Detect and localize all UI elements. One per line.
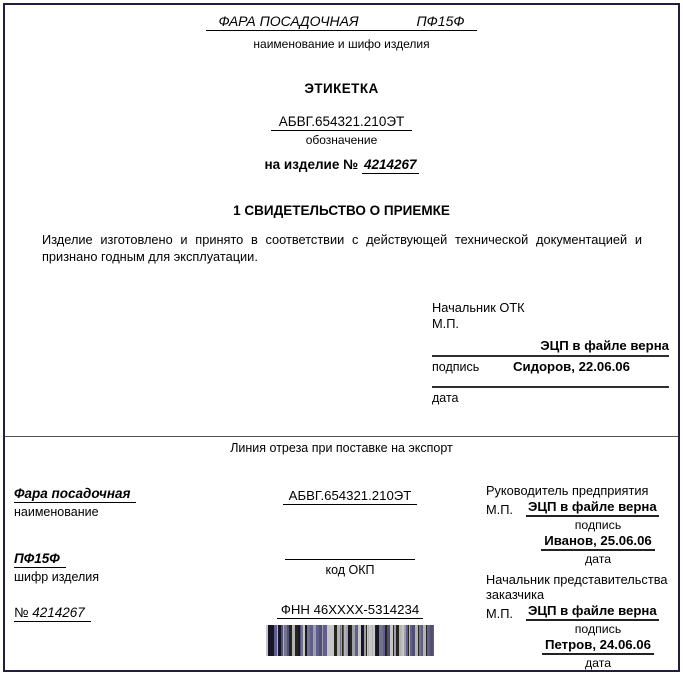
label-document: ФАРА ПОСАДОЧНАЯПФ15Ф наименование и шифо… <box>0 0 683 675</box>
approval-title: Руководитель предприятия <box>486 483 670 498</box>
product-number-value: 4214267 <box>362 157 419 174</box>
cut-line <box>5 436 678 437</box>
otk-signature-block: Начальник ОТК М.П. ЭЦП в файле верна под… <box>432 300 669 407</box>
product-name: ФАРА ПОСАДОЧНАЯ <box>218 13 358 29</box>
approval-esign: ЭЦП в файле верна <box>526 603 659 621</box>
approval-date-caption: дата <box>526 656 670 670</box>
approval-block-customer-rep: Начальник представительства заказчика М.… <box>486 572 670 670</box>
okp-caption: код ОКП <box>250 563 450 577</box>
stub-right-column: Руководитель предприятия М.П. ЭЦП в файл… <box>486 483 670 670</box>
header: ФАРА ПОСАДОЧНАЯПФ15Ф <box>0 13 683 31</box>
approval-esign: ЭЦП в файле верна <box>526 499 659 517</box>
approval-date-caption: дата <box>526 552 670 566</box>
otk-signature-row: подпись Сидоров, 22.06.06 <box>432 359 669 376</box>
barcode <box>266 625 434 656</box>
product-title-line: ФАРА ПОСАДОЧНАЯПФ15Ф <box>206 13 476 31</box>
otk-signature-caption: подпись <box>432 360 513 376</box>
otk-title: Начальник ОТК <box>432 300 669 316</box>
designation: АБВГ.654321.210ЭТ <box>271 114 413 131</box>
stub-product-code: ПФ15Ф <box>14 551 66 568</box>
product-number-label: на изделие № <box>264 157 358 172</box>
designation-caption: обозначение <box>0 133 683 147</box>
approval-signer: Иванов, 25.06.06 <box>541 533 655 551</box>
stub-serial-block: № 4214267 <box>14 605 224 622</box>
approval-signature-col: подпись Петров, 24.06.06 дата <box>526 622 670 670</box>
approval-signature-caption: подпись <box>526 622 670 636</box>
stub-serial: № 4214267 <box>14 605 91 622</box>
stub-serial-number: 4214267 <box>32 605 85 620</box>
stub-designation-wrap: АБВГ.654321.210ЭТ <box>250 488 450 505</box>
okp-blank-line <box>285 559 415 560</box>
stub-designation: АБВГ.654321.210ЭТ <box>283 488 418 505</box>
fnn-wrap: ФНН 46XXXX-5314234 <box>250 602 450 619</box>
stub-name-caption: наименование <box>14 505 224 519</box>
stub-middle-column: АБВГ.654321.210ЭТ код ОКП ФНН 46XXXX-531… <box>250 488 450 656</box>
stub-product-name: Фара посадочная <box>14 486 136 503</box>
stub-left-column: Фара посадочная наименование ПФ15Ф шифр … <box>14 486 224 622</box>
otk-signer: Сидоров, 22.06.06 <box>513 359 630 375</box>
approval-signer: Петров, 24.06.06 <box>542 637 654 655</box>
cut-line-caption: Линия отреза при поставке на экспорт <box>0 441 683 455</box>
approval-stamp-row: М.П. ЭЦП в файле верна <box>486 603 670 621</box>
fnn-number: ФНН 46XXXX-5314234 <box>277 602 423 619</box>
approval-stamp-row: М.П. ЭЦП в файле верна <box>486 499 670 517</box>
approval-signature-col: подпись Иванов, 25.06.06 дата <box>526 518 670 566</box>
approval-stamp: М.П. <box>486 502 526 517</box>
stub-code-block: ПФ15Ф шифр изделия <box>14 551 224 584</box>
otk-date-line <box>432 386 669 388</box>
header-caption: наименование и шифо изделия <box>0 37 683 51</box>
approval-signature-caption: подпись <box>526 518 670 532</box>
approval-title: Начальник представительства заказчика <box>486 572 670 602</box>
product-code: ПФ15Ф <box>417 13 465 29</box>
approval-block-director: Руководитель предприятия М.П. ЭЦП в файл… <box>486 483 670 566</box>
otk-stamp: М.П. <box>432 316 669 332</box>
label-title: ЭТИКЕТКА <box>0 81 683 96</box>
product-number-line: на изделие № 4214267 <box>0 157 683 172</box>
stub-serial-prefix: № <box>14 605 28 620</box>
otk-date-caption: дата <box>432 391 669 407</box>
designation-wrap: АБВГ.654321.210ЭТ <box>0 114 683 131</box>
stub-name-block: Фара посадочная наименование <box>14 486 224 519</box>
approval-stamp: М.П. <box>486 606 526 621</box>
acceptance-text: Изделие изготовлено и принято в соответс… <box>42 232 642 265</box>
otk-esign: ЭЦП в файле верна <box>432 338 669 357</box>
acceptance-heading: 1 СВИДЕТЕЛЬСТВО О ПРИЕМКЕ <box>0 203 683 218</box>
stub-code-caption: шифр изделия <box>14 570 224 584</box>
